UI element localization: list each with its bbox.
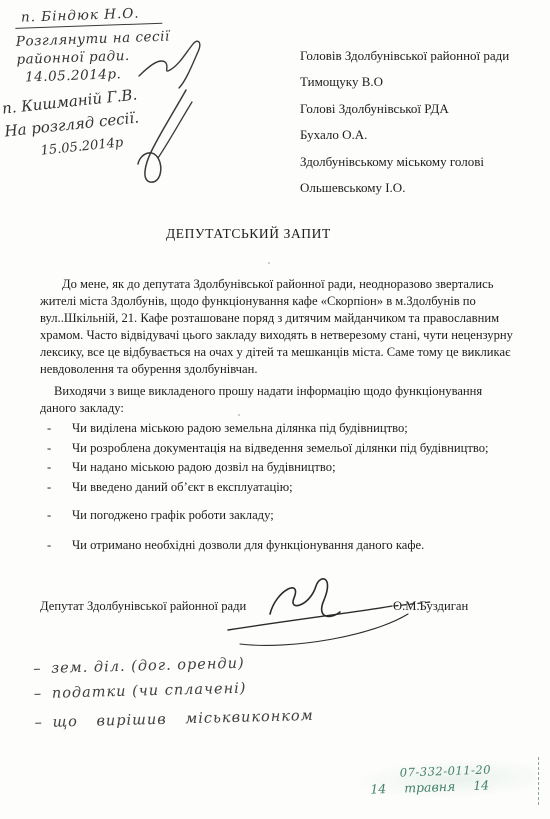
scan-speck <box>238 414 240 416</box>
question-item: Чи розроблена документація на відведення… <box>47 441 517 457</box>
addressee-line: Здолбунівському міському голові <box>300 154 535 180</box>
handwritten-notes-bottom: зем. діл. (дог. оренди) податки (чи спла… <box>33 653 355 740</box>
handwritten-note: що вирішив міськвиконком <box>34 707 354 731</box>
addressee-line: Голові Здолбунівської РДА <box>300 101 535 127</box>
handwritten-note: зем. діл. (дог. оренди) <box>33 653 353 677</box>
document-page: п. Біндюк Н.О. Розглянути на сесії район… <box>0 0 550 819</box>
addressee-line: Тимощуку В.О <box>300 74 535 100</box>
addressee-line: Бухало О.А. <box>300 127 535 153</box>
question-item: Чи виділена міською радою земельна ділян… <box>47 421 517 437</box>
signatory-name: О.М.Буздиган <box>393 599 468 614</box>
stamp-edge-mark <box>538 757 539 805</box>
question-item: Чи введено даний об’єкт в експлуатацію; <box>47 480 517 496</box>
question-item: Чи погоджено графік роботи закладу; <box>47 508 517 524</box>
scan-speck <box>470 352 472 354</box>
scan-speck <box>268 262 270 264</box>
body-paragraph-2: Виходячи з вище викладеного прошу надати… <box>40 383 518 417</box>
addressee-line: Ольшевському І.О. <box>300 180 535 206</box>
question-item: Чи отримано необхідні дозволи для функці… <box>47 538 517 554</box>
question-list: Чи виділена міською радою земельна ділян… <box>47 421 517 557</box>
signature-squiggle-large <box>128 88 198 188</box>
addressee-line: Головів Здолбунівської районної ради <box>300 48 535 74</box>
resolution1-addressee: п. Біндюк Н.О. <box>15 4 162 29</box>
handwritten-note: податки (чи сплачені) <box>34 678 354 702</box>
document-title: ДЕПУТАТСЬКИЙ ЗАПИТ <box>166 226 331 242</box>
question-item: Чи надано міською радою дозвіл на будівн… <box>47 460 517 476</box>
registration-stamp: 07-332-011-20 14 травня 14 <box>355 757 536 801</box>
signatory-position: Депутат Здолбунівської районної ради <box>40 599 246 614</box>
body-paragraph-1: До мене, як до депутата Здолбунівської р… <box>40 276 518 378</box>
addressee-block: Головів Здолбунівської районної ради Тим… <box>300 48 535 206</box>
